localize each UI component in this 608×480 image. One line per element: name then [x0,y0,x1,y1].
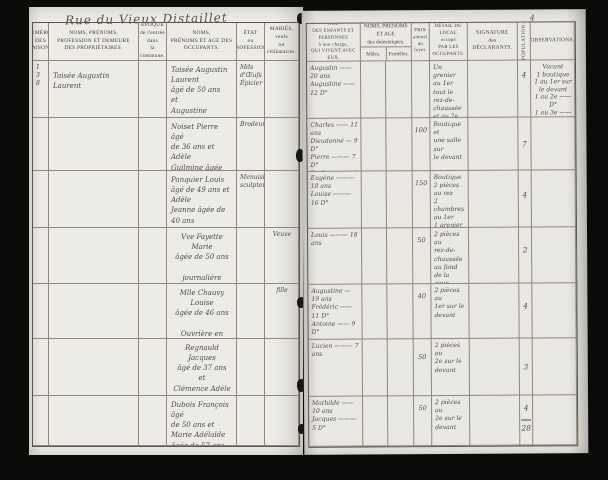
cell-numero [33,396,49,446]
header-etat: ÉTAT ou PROFESSION. [237,23,265,61]
header-domestiques: NOMS, PRÉNOMS ET AGE des domestiques. Mâ… [361,23,412,61]
cell-proprietaire: Taisée Augustin Laurent [49,61,139,118]
cell-occupants: Regnauld Jacques âgé de 37 ans et Clémen… [167,339,237,396]
cell-epoque [139,284,167,339]
cell-numero [33,228,49,284]
cell-enfants: Louis ——— 18 ans [308,229,362,285]
cell-femelles [388,396,414,446]
left-page: Rue du Vieux Distaillet NUMÉROS DES MAIS… [29,7,303,455]
cell-males [361,118,386,171]
cell-femelles [387,228,413,284]
cell-femelles [386,61,412,118]
cell-signature [469,171,519,228]
cell-femelles [387,171,413,228]
cell-signature [469,284,519,339]
right-page: 4 NOMS, PRÉNOMS ET AGE DES ENFANTS ET PE… [302,9,589,455]
cell-etat [237,339,265,396]
cell-numero [33,339,49,396]
cell-enfants: Augustin —— 20 ans Augustine —— 12 D° [307,62,361,119]
cell-occupants: Panquier Louis âgé de 49 ans et Adèle Je… [167,171,237,228]
header-proprietaires: NOMS, PRÉNOMS, PROFESSION ET DEMEURE DES… [49,23,139,61]
scanned-register-spread: Rue du Vieux Distaillet NUMÉROS DES MAIS… [0,0,608,480]
cell-epoque [139,396,167,446]
cell-males [362,284,387,339]
cell-prix: 100 [412,118,430,171]
cell-femelles [388,339,414,396]
cell-observations [533,395,577,445]
cell-detail: Boutique 2 pièces au rez 2 chambres au 1… [431,171,469,228]
header-maries: MARIÉS, veufs ou célibataires. [265,23,299,61]
cell-femelles [386,118,412,171]
cell-etat: Menuisier sculpteur [237,171,265,228]
right-table: NOMS, PRÉNOMS ET AGE DES ENFANTS ET PERS… [306,21,579,448]
population-total: 28 [521,423,531,434]
cell-detail: 2 pièces au 2e sur le devant [432,396,470,446]
cell-detail: 2 pièces au 1er sur le devant [431,284,469,339]
cell-males [362,171,387,228]
cell-maries [265,396,299,446]
cell-observations: Vacant 1 boutique 1 au 1er sur le devant… [531,60,575,117]
cell-prix: 40 [413,284,431,339]
cell-etat: Mds d'Œufs Épicier [237,61,265,118]
cell-proprietaire [49,396,139,446]
cell-maries: Veuve [265,228,299,284]
cell-population: 4 [518,60,531,117]
cell-males [362,228,387,284]
cell-observations [533,338,577,395]
total-rule [521,419,531,420]
header-domestiques-title: NOMS, PRÉNOMS ET AGE des domestiques. [361,23,411,48]
cell-numero: 1 3 8 [33,61,49,118]
cell-signature [468,118,518,171]
cell-population: 3 [520,338,533,395]
cell-signature [470,339,520,396]
cell-enfants: Lucien ——— 7 ans [309,340,363,397]
cell-detail: 2 pièces au rez-de-chaussée au fond de l… [431,228,469,284]
cell-occupants: Dubois François âgé de 50 ans et Marie A… [167,396,237,446]
header-population: POPULATION. [518,22,531,60]
cell-population-with-total: 4 28 [520,395,533,445]
cell-proprietaire [49,118,139,171]
cell-epoque [139,339,167,396]
cell-males [363,339,388,396]
cell-population: 7 [518,117,531,170]
cell-maries [265,339,299,396]
cell-etat [237,228,265,284]
cell-epoque [139,118,167,171]
cell-population: 2 [519,227,532,283]
cell-enfants: Eugène ——— 18 ans Louise ——— 16 D° [308,172,362,229]
cell-prix: 50 [414,339,432,396]
cell-prix: 50 [414,396,432,446]
cell-detail: Un grenier au 1er tout le rez-de-chaussé… [430,61,468,118]
population-value: 4 [524,403,529,414]
cell-numero [33,284,49,339]
header-signature: SIGNATURE des DÉCLARANTS. [468,23,518,61]
cell-numero [33,171,49,228]
cell-population: 4 [519,170,532,227]
cell-proprietaire [49,228,139,284]
header-epoque: ÉPOQUE de l'entrée dans la commune. [139,23,167,61]
cell-prix [412,61,430,118]
cell-epoque [139,61,167,118]
cell-etat [237,396,265,446]
cell-maries [265,171,299,228]
cell-prix: 50 [413,228,431,284]
cell-proprietaire [49,284,139,339]
header-prix: PRIX annuel du loyer. [412,23,430,61]
cell-femelles [387,284,413,339]
cell-occupants: Taisée Augustin Laurent âgé de 50 ans et… [167,61,237,118]
cell-observations [531,117,575,170]
header-numeros: NUMÉROS DES MAISONS. [33,23,49,61]
cell-detail: 2 pièces au 2e sur le devant [432,339,470,396]
cell-enfants: Charles —— 11 ans Dieudonné — 9 D° Pierr… [307,119,361,172]
header-enfants: NOMS, PRÉNOMS ET AGE DES ENFANTS ET PERS… [307,24,361,62]
cell-maries [265,61,299,118]
cell-occupants: Vve Fayette Marie âgée de 50 ans journal… [167,228,237,284]
cell-maries [265,118,299,171]
cell-proprietaire [49,171,139,228]
cell-observations [532,227,576,283]
header-observations: OBSERVATIONS. [531,22,575,60]
cell-occupants: Mlle Chauvy Louise âgée de 46 ans Ouvriè… [167,284,237,339]
cell-signature [468,61,518,118]
cell-males [363,396,388,446]
cell-etat [237,284,265,339]
cell-detail: Boutique et une salle sur le devant [430,118,468,171]
cell-occupants: Noiset Pierre âgé de 36 ans et Adèle Gui… [167,118,237,171]
cell-epoque [139,171,167,228]
left-table: NUMÉROS DES MAISONS. NOMS, PRÉNOMS, PROF… [32,22,300,447]
cell-observations [532,283,576,338]
cell-enfants: Mathilde —— 10 ans Jacques ——— 5 D° [309,397,363,447]
cell-etat: Brodeur [237,118,265,171]
cell-signature [470,396,520,446]
cell-observations [532,170,576,227]
cell-population: 4 [519,283,532,338]
cell-enfants: Augustine — 19 ans Frédéric —— 11 D° Ant… [308,285,362,340]
cell-proprietaire [49,339,139,396]
cell-signature [469,228,519,284]
cell-males [361,61,386,118]
header-occupants: NOMS, PRÉNOMS ET AGE DES OCCUPANTS. [167,23,237,61]
cell-epoque [139,228,167,284]
header-detail: DÉTAIL DU LOCAL occupé PAR LES OCCUPANTS… [430,23,468,61]
cell-maries: fille [265,284,299,339]
header-femelles: Femelles. [386,48,411,61]
header-males: Mâles. [361,48,387,61]
cell-numero [33,118,49,171]
cell-prix: 150 [413,171,431,228]
